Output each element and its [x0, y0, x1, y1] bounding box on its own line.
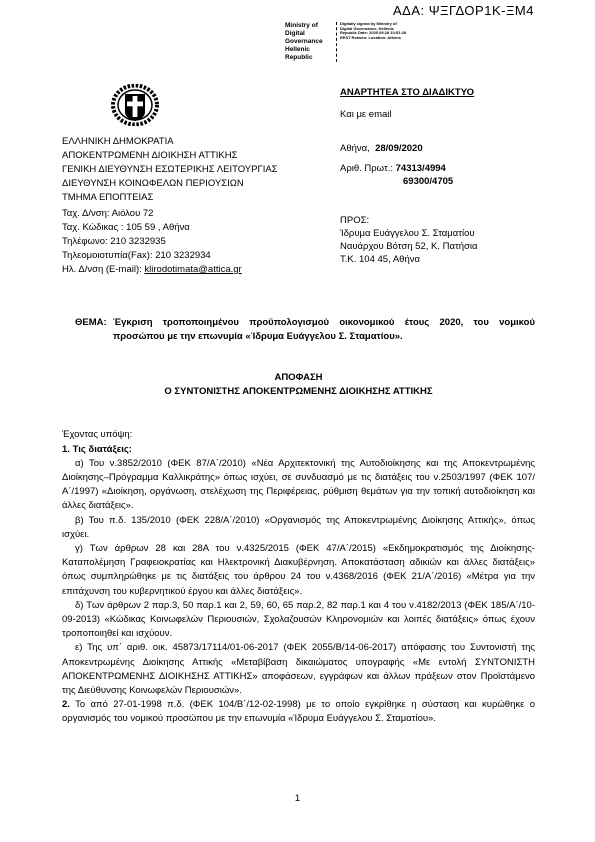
item-2-number: 2.: [62, 699, 70, 710]
header-right-column: ΑΝΑΡΤΗΤΕΑ ΣΤΟ ΔΙΑΔΙΚΤΥΟ Και με email Αθή…: [340, 86, 550, 266]
subject-label: ΘΕΜΑ:: [75, 316, 111, 344]
ada-code: ΑΔΑ: ΨΞΓΔΟΡ1Κ-ΞΜ4: [393, 3, 534, 18]
to-label: ΠΡΟΣ:: [340, 214, 550, 227]
greek-coat-of-arms-icon: [110, 84, 332, 131]
org-line: ΕΛΛΗΝΙΚΗ ΔΗΜΟΚΡΑΤΙΑ: [62, 135, 332, 149]
anartitea-label: ΑΝΑΡΤΗΤΕΑ ΣΤΟ ΔΙΑΔΙΚΤΥΟ: [340, 86, 550, 99]
digital-signature-stamp: Ministry of Digital Governance Hellenic …: [285, 22, 409, 62]
paragraph-c: γ) Των άρθρων 28 και 28Α του ν.4325/2015…: [62, 542, 535, 599]
document-date: 28/09/2020: [375, 143, 423, 154]
stamp-signature-details: Digitally signed by Ministry of Digital …: [337, 22, 409, 40]
org-line: ΤΜΗΜΑ ΕΠΟΠΤΕΙΑΣ: [62, 191, 332, 205]
email-link[interactable]: klirodotimata@attica.gr: [144, 264, 241, 275]
subject-row: ΘΕΜΑ: Έγκριση τροποποιημένου προϋπολογισ…: [62, 316, 535, 344]
decision-heading: ΑΠΟΦΑΣΗ Ο ΣΥΝΤΟΝΙΣΤΗΣ ΑΠΟΚΕΝΤΡΩΜΕΝΗΣ ΔΙΟ…: [62, 371, 535, 399]
date-line: Αθήνα, 28/09/2020: [340, 142, 550, 155]
postal-code: Ταχ. Κώδικας : 105 59 , Αθήνα: [62, 221, 332, 235]
header-left-column: ΕΛΛΗΝΙΚΗ ΔΗΜΟΚΡΑΤΙΑ ΑΠΟΚΕΝΤΡΩΜΕΝΗ ΔΙΟΙΚΗ…: [62, 84, 332, 277]
list-item-1: 1. Τις διατάξεις:: [62, 443, 535, 457]
protocol-number-1: 74313/4994: [396, 163, 446, 174]
paragraph-b: β) Του π.δ. 135/2010 (ΦΕΚ 228/Α΄/2010) «…: [62, 514, 535, 542]
protocol-line: Αριθ. Πρωτ.: 74313/4994: [340, 162, 550, 175]
paragraph-d: δ) Των άρθρων 2 παρ.3, 50 παρ.1 και 2, 5…: [62, 599, 535, 642]
list-item-2: 2. Το από 27-01-1998 π.δ. (ΦΕΚ 104/Β΄/12…: [62, 698, 535, 726]
decision-title: ΑΠΟΦΑΣΗ: [62, 371, 535, 385]
decision-subtitle: Ο ΣΥΝΤΟΝΙΣΤΗΣ ΑΠΟΚΕΝΤΡΩΜΕΝΗΣ ΔΙΟΙΚΗΣΗΣ Α…: [62, 385, 535, 399]
org-line: ΑΠΟΚΕΝΤΡΩΜΕΝΗ ΔΙΟΙΚΗΣΗ ΑΤΤΙΚΗΣ: [62, 149, 332, 163]
protocol-number-2: 69300/4705: [403, 175, 550, 188]
item-2-text: Το από 27-01-1998 π.δ. (ΦΕΚ 104/Β΄/12-02…: [62, 699, 535, 724]
recipient-street: Ναυάρχου Βότση 52, Κ. Πατήσια: [340, 240, 550, 253]
paragraph-e: ε) Της υπ΄ αριθ. οικ. 45873/17114/01-06-…: [62, 641, 535, 698]
stamp-org-name: Ministry of Digital Governance Hellenic …: [285, 22, 337, 62]
city-label: Αθήνα,: [340, 143, 370, 154]
recipient-name: Ίδρυμα Ευάγγελου Σ. Σταματίου: [340, 227, 550, 240]
postal-address: Ταχ. Δ/νση: Αιόλου 72: [62, 207, 332, 221]
page-number: 1: [0, 793, 595, 804]
having-regard-label: Έχοντας υπόψη:: [62, 428, 535, 442]
fax-number: Τηλεομοιοτυπία(Fax): 210 3232934: [62, 249, 332, 263]
contact-block: Ταχ. Δ/νση: Αιόλου 72 Ταχ. Κώδικας : 105…: [62, 207, 332, 277]
via-email-label: Και με email: [340, 108, 550, 121]
email-line: Ηλ. Δ/νση (E-mail): klirodotimata@attica…: [62, 263, 332, 277]
paragraph-a: α) Του ν.3852/2010 (ΦΕΚ 87/Α΄/2010) «Νέα…: [62, 457, 535, 514]
org-line: ΓΕΝΙΚΗ ΔΙΕΥΘΥΝΣΗ ΕΣΩΤΕΡΙΚΗΣ ΛΕΙΤΟΥΡΓΙΑΣ: [62, 163, 332, 177]
item-1-title: Τις διατάξεις:: [70, 444, 132, 455]
item-1-number: 1.: [62, 444, 70, 455]
recipient-postal: Τ.Κ. 104 45, Αθήνα: [340, 253, 550, 266]
document-body: ΘΕΜΑ: Έγκριση τροποποιημένου προϋπολογισ…: [62, 316, 535, 727]
document-page: ΑΔΑ: ΨΞΓΔΟΡ1Κ-ΞΜ4 Ministry of Digital Go…: [0, 0, 595, 842]
org-line: ΔΙΕΥΘΥΝΣΗ ΚΟΙΝΩΦΕΛΩΝ ΠΕΡΙΟΥΣΙΩΝ: [62, 177, 332, 191]
email-label: Ηλ. Δ/νση (E-mail):: [62, 264, 144, 275]
protocol-label: Αριθ. Πρωτ.:: [340, 163, 393, 174]
subject-text: Έγκριση τροποποιημένου προϋπολογισμού οι…: [111, 316, 535, 344]
phone-number: Τηλέφωνο: 210 3232935: [62, 235, 332, 249]
